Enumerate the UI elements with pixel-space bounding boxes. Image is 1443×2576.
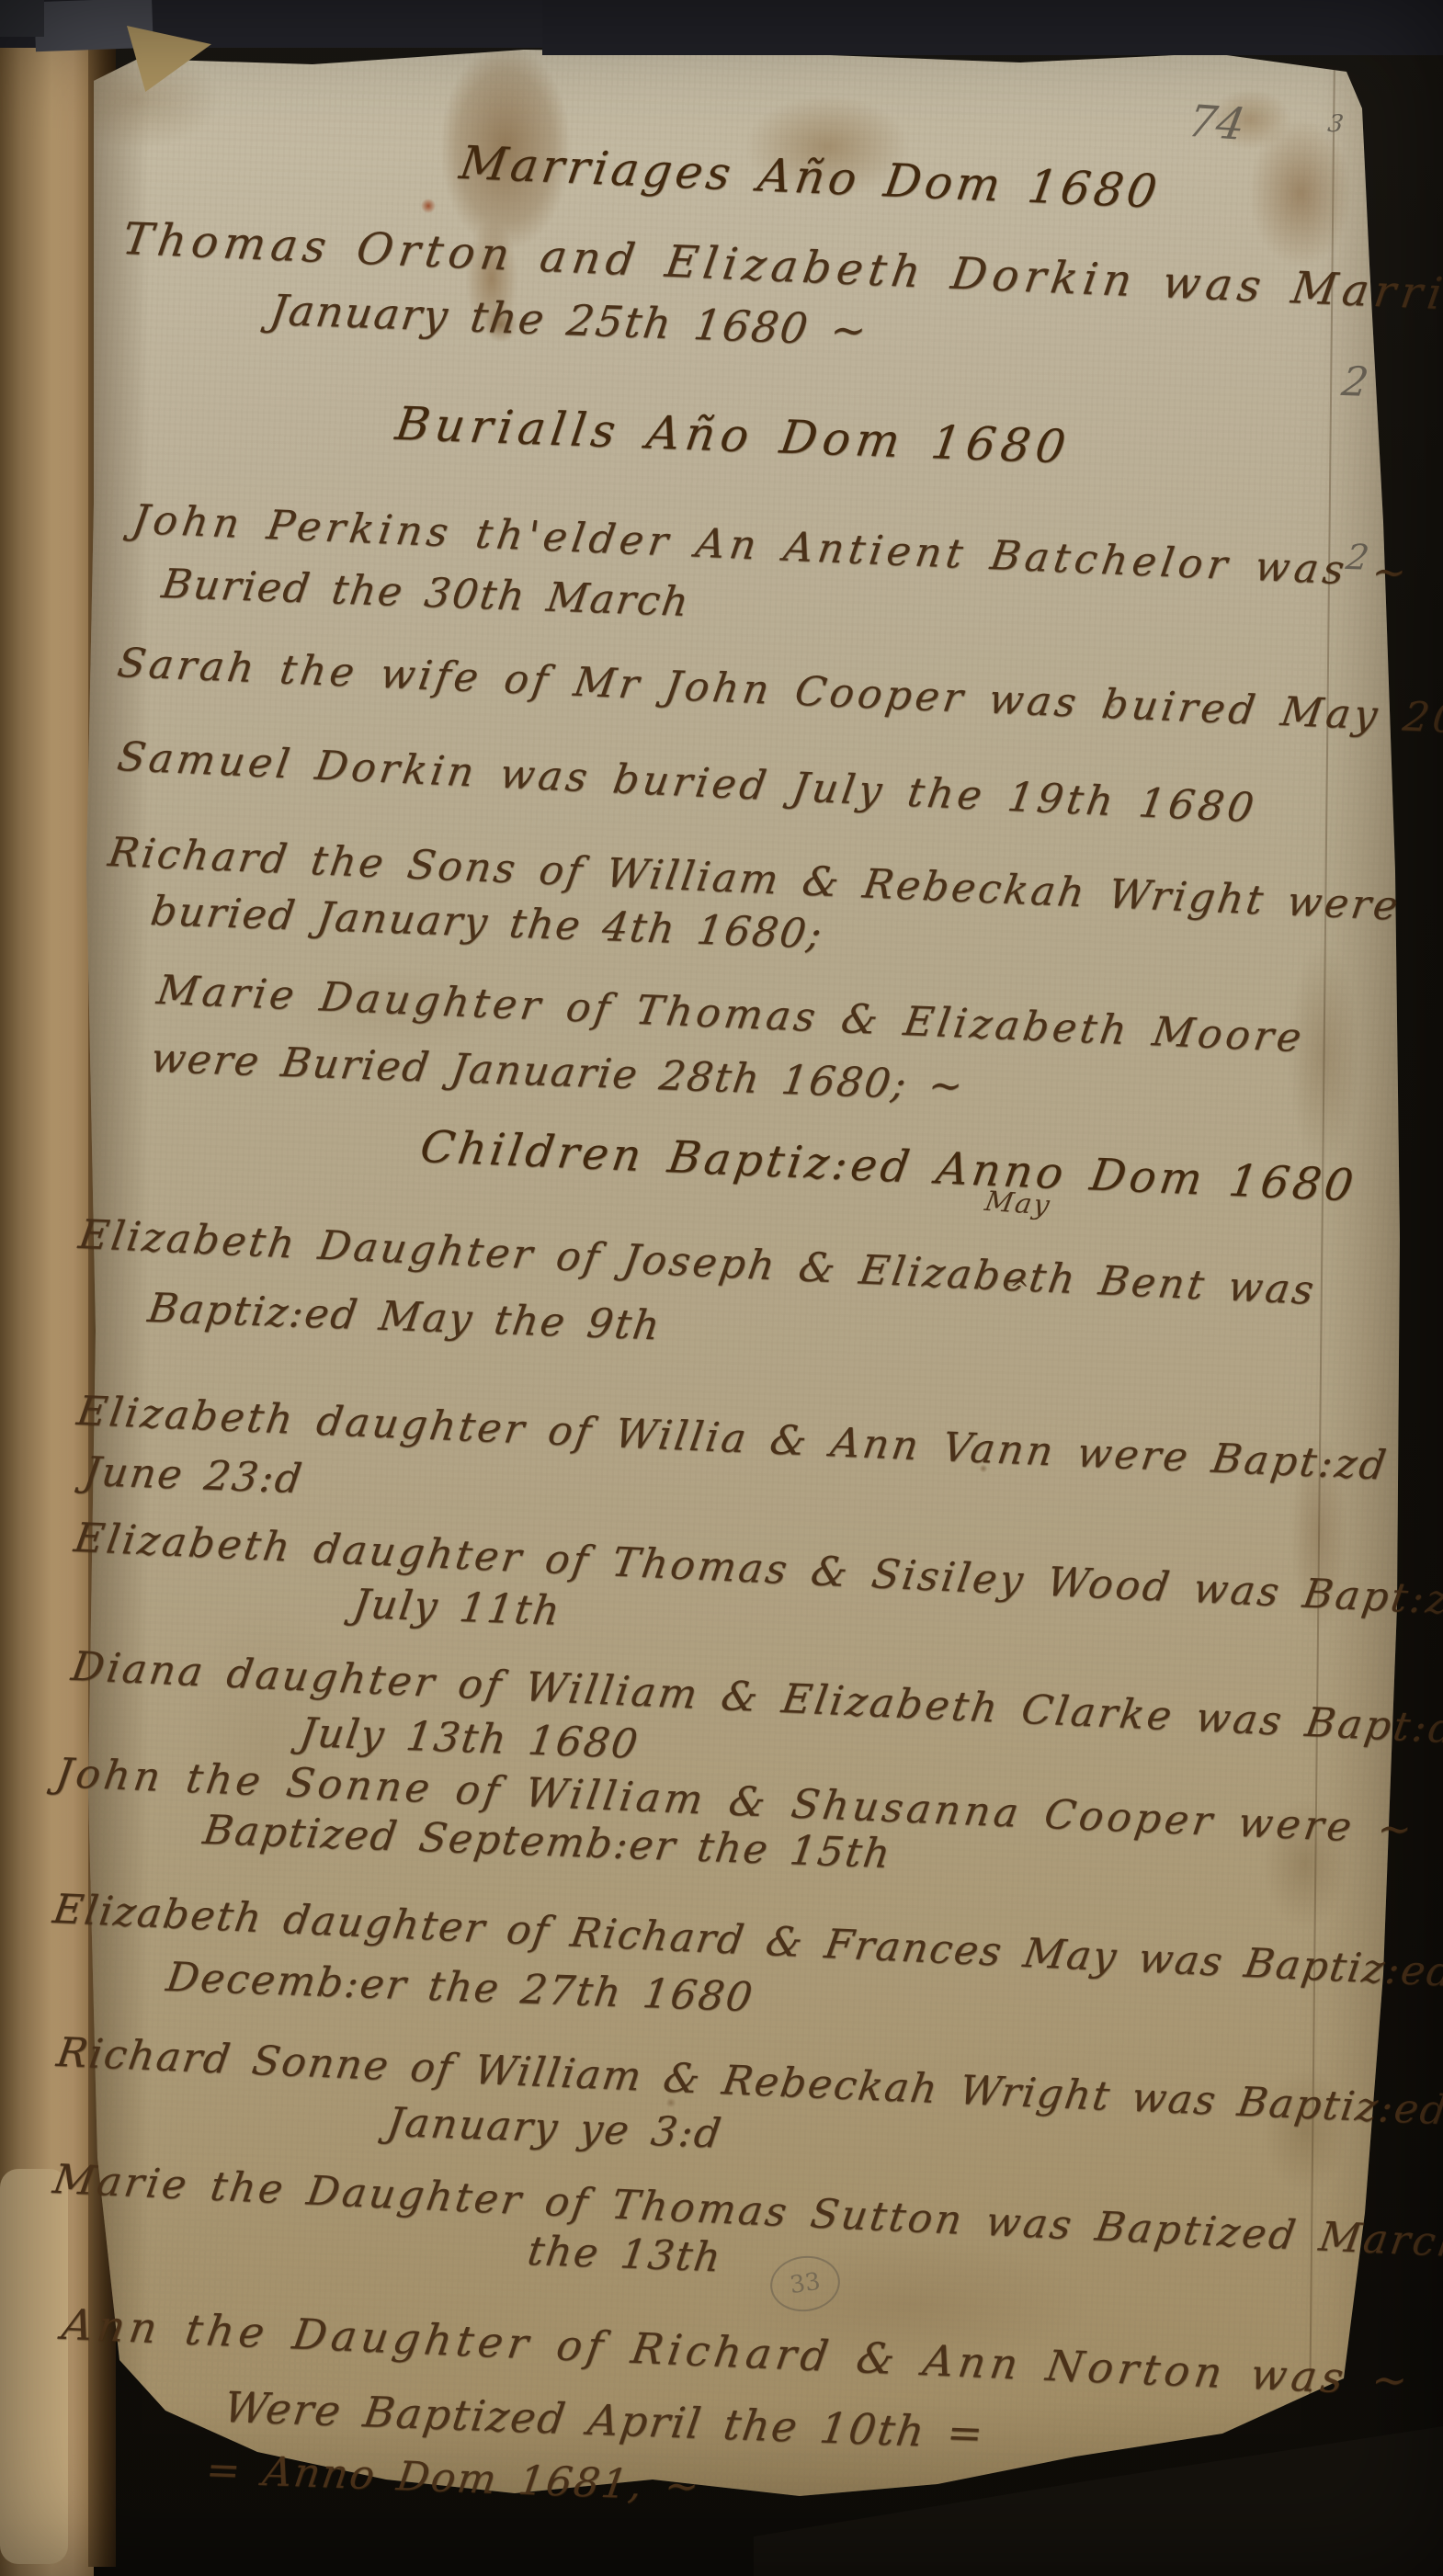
background-object-dark: [0, 0, 44, 37]
background-top-band-right: [542, 0, 1443, 55]
book-spine-highlight: [0, 2169, 68, 2564]
page-edge-crease: [1308, 57, 1335, 2502]
photo-of-parish-register: Marriages Año Dom 1680Thomas Orton and E…: [0, 0, 1443, 2576]
archive-stamp-number: 33: [789, 2268, 823, 2299]
paper-stains: [83, 44, 1415, 2548]
page: [83, 44, 1415, 2548]
